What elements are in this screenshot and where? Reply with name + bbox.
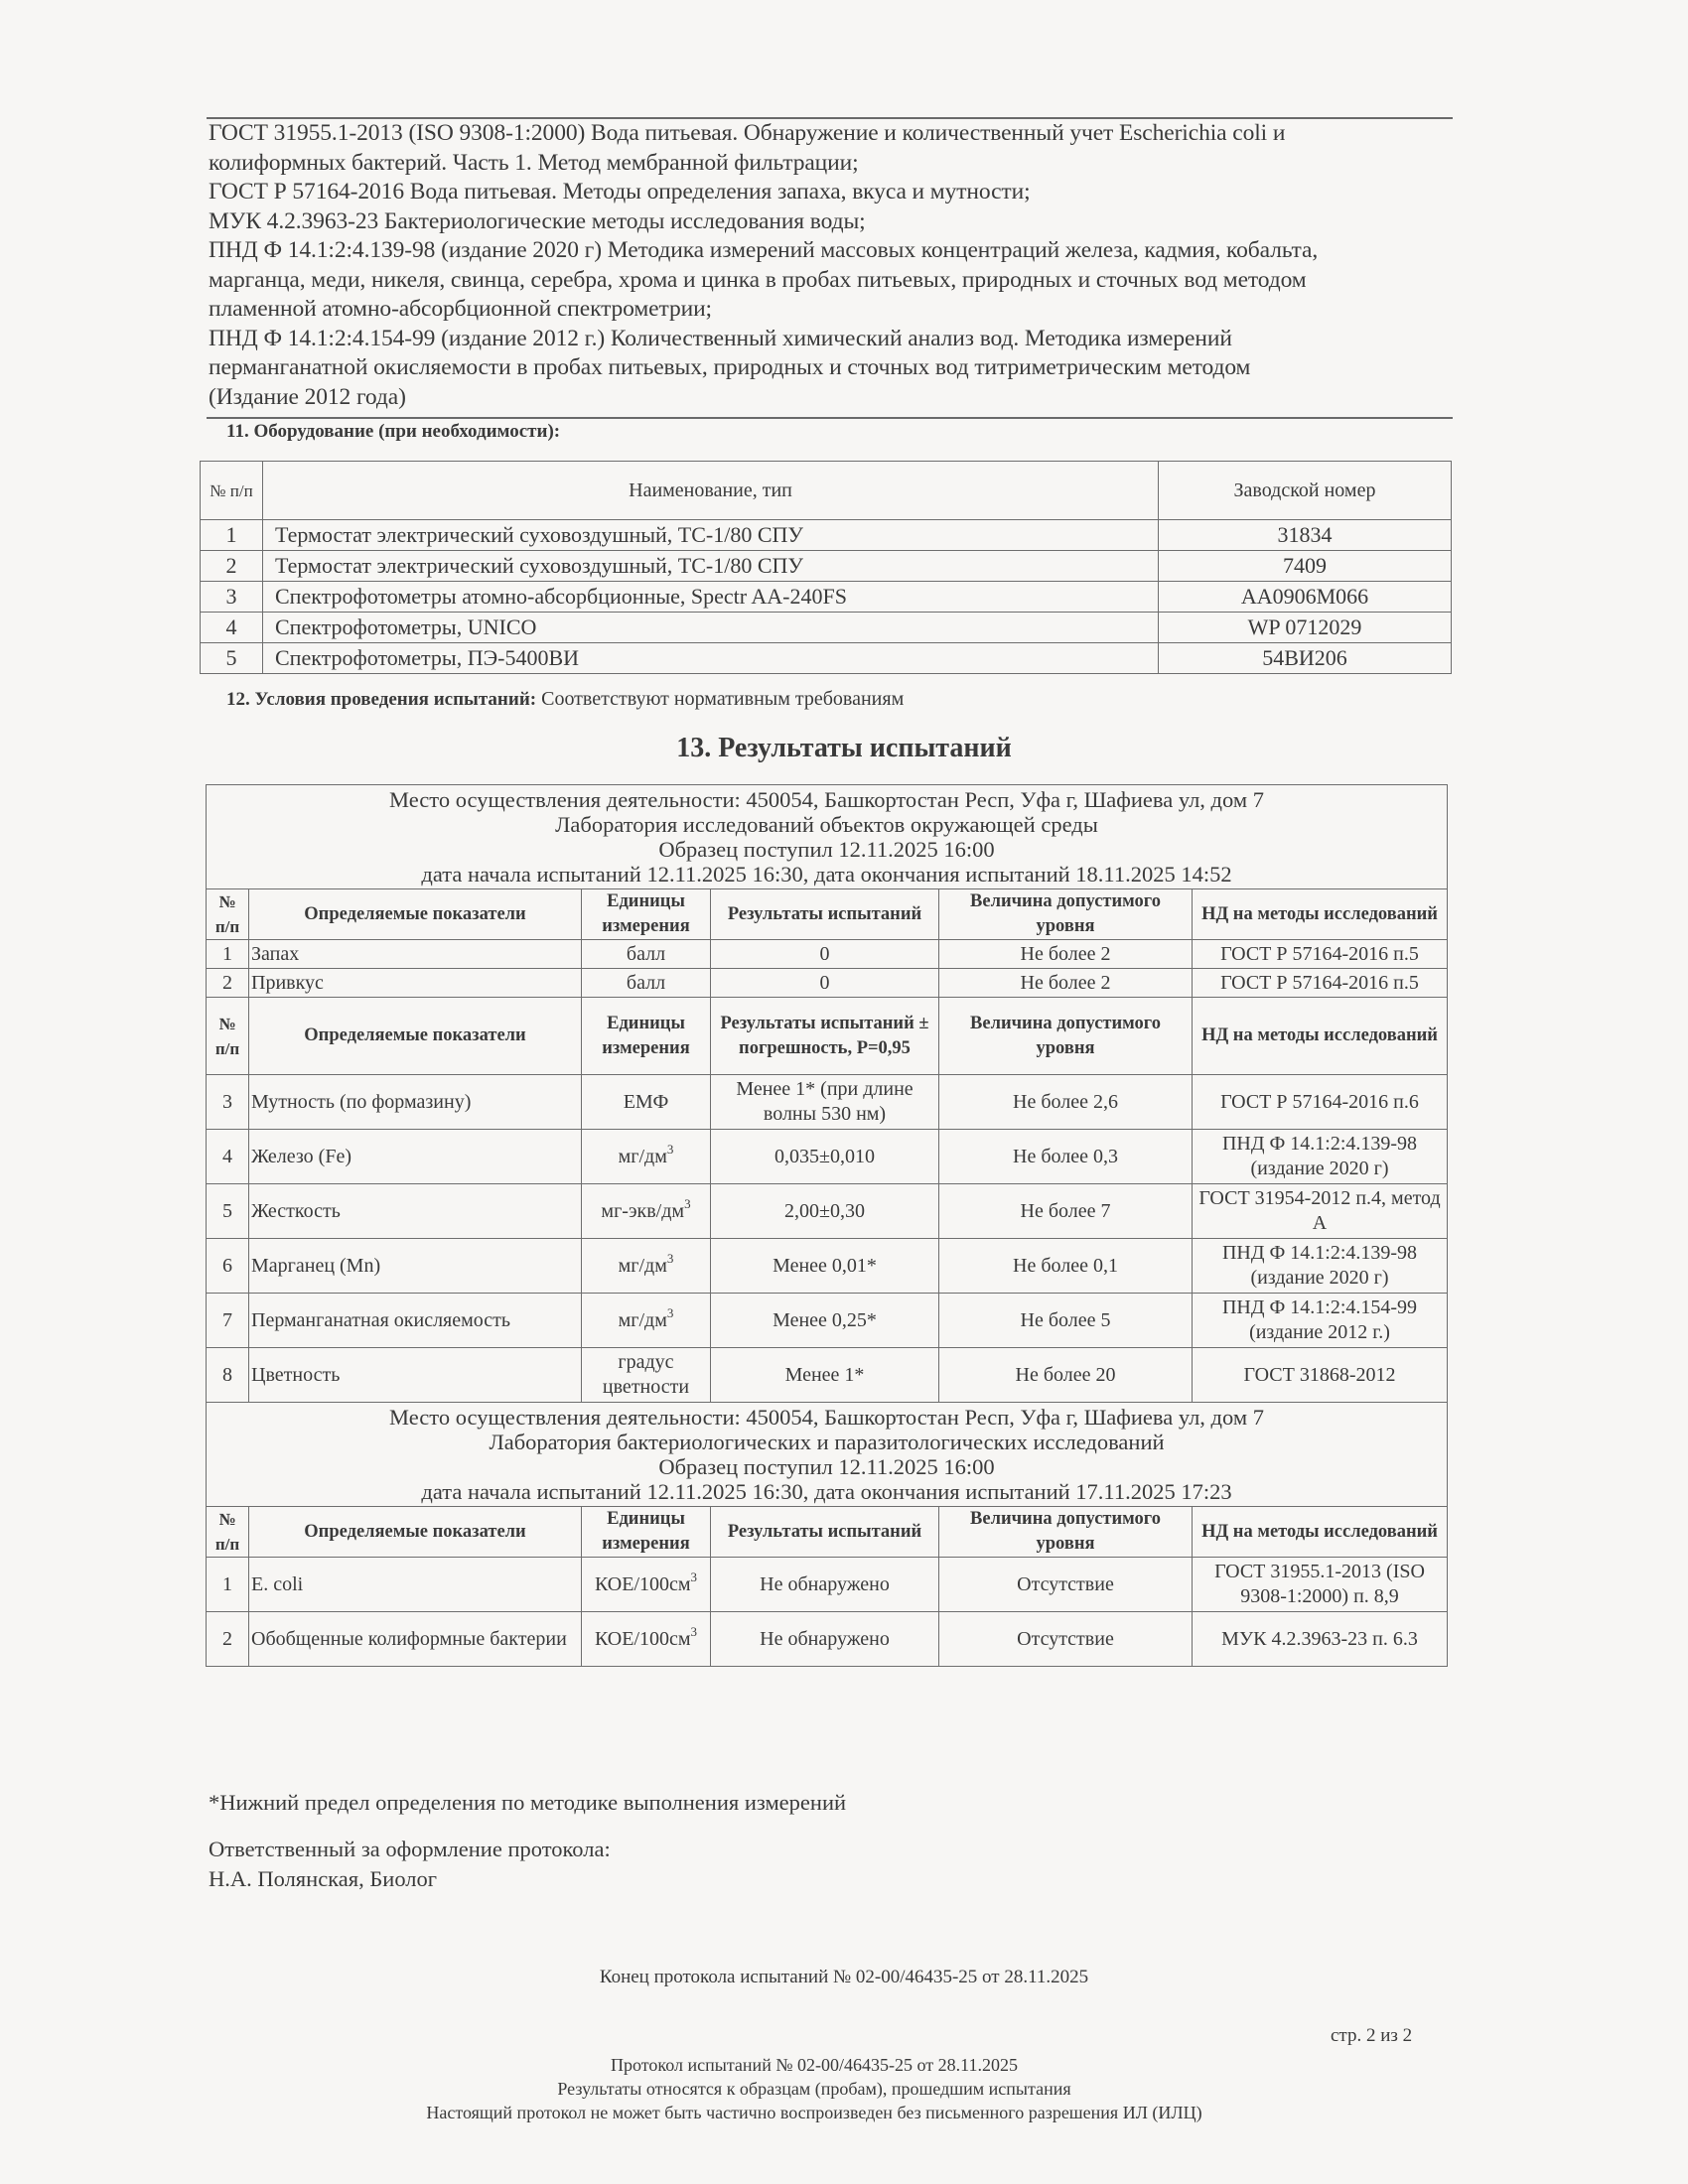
cell-unit: градус цветности — [582, 1348, 711, 1403]
cell-limit: Не более 2 — [939, 940, 1193, 969]
cell-num: 3 — [207, 1075, 249, 1130]
cell-result: 0 — [711, 969, 939, 998]
equip-header-num: № п/п — [201, 462, 263, 520]
equip-name: Спектрофотометры, ПЭ-5400ВИ — [263, 643, 1159, 674]
header-unit: Единицы измерения — [582, 889, 711, 940]
unit-exponent: 3 — [667, 1305, 674, 1320]
footer-copy-note: Настоящий протокол не может быть частичн… — [0, 2103, 1658, 2123]
results-header-c: № п/п Определяемые показатели Единицы из… — [207, 1507, 1448, 1558]
unit-text: мг-экв/дм — [601, 1200, 684, 1222]
cell-result: 0 — [711, 940, 939, 969]
header-limit: Величина допустимого уровня — [939, 889, 1193, 940]
table-row: 8 Цветность градус цветности Менее 1* Не… — [207, 1348, 1448, 1403]
cell-param: Запах — [249, 940, 582, 969]
cell-num: 8 — [207, 1348, 249, 1403]
reference-line: колиформных бактерий. Часть 1. Метод мем… — [209, 149, 1460, 179]
unit-text: балл — [627, 943, 665, 965]
protocol-page: ГОСТ 31955.1-2013 (ISO 9308-1:2000) Вода… — [0, 0, 1688, 2184]
table-row: 1 Запах балл 0 Не более 2 ГОСТ Р 57164-2… — [207, 940, 1448, 969]
unit-text: ЕМФ — [624, 1091, 669, 1113]
cell-method: ГОСТ 31954-2012 п.4, метод А — [1193, 1184, 1448, 1239]
table-row: 4 Железо (Fe) мг/дм3 0,035±0,010 Не боле… — [207, 1130, 1448, 1184]
lab-name: Лаборатория бактериологических и паразит… — [207, 1430, 1447, 1454]
equip-name: Термостат электрический суховоздушный, Т… — [263, 520, 1159, 551]
sample-received: Образец поступил 12.11.2025 16:00 — [207, 837, 1447, 862]
cell-method: ГОСТ Р 57164-2016 п.5 — [1193, 940, 1448, 969]
header-param: Определяемые показатели — [249, 1507, 582, 1558]
table-row: 5 Жесткость мг-экв/дм3 2,00±0,30 Не боле… — [207, 1184, 1448, 1239]
cell-method: ПНД Ф 14.1:2:4.139-98 (издание 2020 г) — [1193, 1239, 1448, 1294]
equip-num: 1 — [201, 520, 263, 551]
equipment-section-title: 11. Оборудование (при необходимости): — [226, 421, 560, 443]
reference-line: пламенной атомно-абсорбционной спектроме… — [209, 295, 1460, 325]
unit-exponent: 3 — [691, 1624, 698, 1639]
header-limit: Величина допустимого уровня — [939, 1507, 1193, 1558]
cell-unit: мг/дм3 — [582, 1130, 711, 1184]
reference-line: МУК 4.2.3963-23 Бактериологические метод… — [209, 207, 1460, 237]
cell-unit: КОЕ/100см3 — [582, 1612, 711, 1667]
unit-text: мг/дм — [619, 1146, 667, 1167]
equip-name: Термостат электрический суховоздушный, Т… — [263, 551, 1159, 582]
table-row: 7 Перманганатная окисляемость мг/дм3 Мен… — [207, 1294, 1448, 1348]
header-num: № п/п — [207, 998, 249, 1075]
unit-exponent: 3 — [684, 1196, 691, 1211]
cell-param: Обобщенные колиформные бактерии — [249, 1612, 582, 1667]
unit-text: КОЕ/100см — [595, 1628, 691, 1650]
equip-name: Спектрофотометры, UNICO — [263, 613, 1159, 643]
section-rule — [207, 417, 1453, 419]
table-row: 3 Спектрофотометры атомно-абсорбционные,… — [201, 582, 1452, 613]
cell-unit: балл — [582, 940, 711, 969]
cell-result: 2,00±0,30 — [711, 1184, 939, 1239]
unit-text: мг/дм — [619, 1309, 667, 1331]
cell-limit: Не более 7 — [939, 1184, 1193, 1239]
cell-limit: Не более 20 — [939, 1348, 1193, 1403]
cell-num: 2 — [207, 1612, 249, 1667]
table-row: 4 Спектрофотометры, UNICO WP 0712029 — [201, 613, 1452, 643]
footer-results-note: Результаты относятся к образцам (пробам)… — [0, 2079, 1658, 2100]
cell-num: 1 — [207, 940, 249, 969]
cell-method: ГОСТ Р 57164-2016 п.6 — [1193, 1075, 1448, 1130]
responsible-label: Ответственный за оформление протокола: — [209, 1837, 611, 1862]
cell-param: Привкус — [249, 969, 582, 998]
conditions-value: Соответствуют нормативным требованиям — [536, 688, 904, 710]
cell-param: Марганец (Mn) — [249, 1239, 582, 1294]
equip-num: 2 — [201, 551, 263, 582]
header-limit: Величина допустимого уровня — [939, 998, 1193, 1075]
unit-exponent: 3 — [667, 1142, 674, 1157]
equip-num: 3 — [201, 582, 263, 613]
cell-limit: Не более 2,6 — [939, 1075, 1193, 1130]
cell-param: E. coli — [249, 1558, 582, 1612]
table-row: 2 Термостат электрический суховоздушный,… — [201, 551, 1452, 582]
equip-name: Спектрофотометры атомно-абсорбционные, S… — [263, 582, 1159, 613]
cell-param: Железо (Fe) — [249, 1130, 582, 1184]
equip-num: 4 — [201, 613, 263, 643]
conditions-label: 12. Условия проведения испытаний: — [226, 689, 536, 710]
header-method: НД на методы исследований — [1193, 998, 1448, 1075]
method-references: ГОСТ 31955.1-2013 (ISO 9308-1:2000) Вода… — [209, 119, 1460, 412]
results-header-a: № п/п Определяемые показатели Единицы из… — [207, 889, 1448, 940]
unit-exponent: 3 — [667, 1251, 674, 1266]
cell-unit: балл — [582, 969, 711, 998]
cell-result: Менее 0,01* — [711, 1239, 939, 1294]
results-table: Место осуществления деятельности: 450054… — [206, 784, 1448, 1667]
unit-exponent: 3 — [691, 1570, 698, 1584]
lab-info-block-1: Место осуществления деятельности: 450054… — [207, 785, 1448, 889]
cell-result: Не обнаружено — [711, 1558, 939, 1612]
reference-line: ПНД Ф 14.1:2:4.139-98 (издание 2020 г) М… — [209, 236, 1460, 266]
cell-param: Жесткость — [249, 1184, 582, 1239]
table-row: 1 E. coli КОЕ/100см3 Не обнаружено Отсут… — [207, 1558, 1448, 1612]
equip-header-serial: Заводской номер — [1159, 462, 1452, 520]
lab-name: Лаборатория исследований объектов окружа… — [207, 812, 1447, 837]
conditions-line: 12. Условия проведения испытаний: Соотве… — [226, 688, 904, 711]
page-number: стр. 2 из 2 — [1331, 2025, 1412, 2047]
reference-line: перманганатной окисляемости в пробах пит… — [209, 353, 1460, 383]
header-unit: Единицы измерения — [582, 1507, 711, 1558]
lab-info-block-2: Место осуществления деятельности: 450054… — [207, 1403, 1448, 1507]
cell-unit: мг/дм3 — [582, 1294, 711, 1348]
table-row: 5 Спектрофотометры, ПЭ-5400ВИ 54ВИ206 — [201, 643, 1452, 674]
cell-limit: Не более 5 — [939, 1294, 1193, 1348]
cell-param: Цветность — [249, 1348, 582, 1403]
cell-num: 7 — [207, 1294, 249, 1348]
equip-serial: 54ВИ206 — [1159, 643, 1452, 674]
unit-text: КОЕ/100см — [595, 1573, 691, 1595]
table-row: 2 Обобщенные колиформные бактерии КОЕ/10… — [207, 1612, 1448, 1667]
cell-num: 5 — [207, 1184, 249, 1239]
test-dates: дата начала испытаний 12.11.2025 16:30, … — [207, 1479, 1447, 1504]
unit-text: балл — [627, 972, 665, 994]
footer-protocol: Протокол испытаний № 02-00/46435-25 от 2… — [0, 2055, 1658, 2076]
equip-serial: WP 0712029 — [1159, 613, 1452, 643]
table-row: 6 Марганец (Mn) мг/дм3 Менее 0,01* Не бо… — [207, 1239, 1448, 1294]
cell-method: ПНД Ф 14.1:2:4.139-98 (издание 2020 г) — [1193, 1130, 1448, 1184]
cell-result: 0,035±0,010 — [711, 1130, 939, 1184]
header-result: Результаты испытаний — [711, 889, 939, 940]
reference-line: ГОСТ 31955.1-2013 (ISO 9308-1:2000) Вода… — [209, 119, 1460, 149]
equip-num: 5 — [201, 643, 263, 674]
cell-num: 4 — [207, 1130, 249, 1184]
unit-text: мг/дм — [619, 1255, 667, 1277]
reference-line: марганца, меди, никеля, свинца, серебра,… — [209, 266, 1460, 296]
lab-address: Место осуществления деятельности: 450054… — [207, 1405, 1447, 1430]
header-result: Результаты испытаний — [711, 1507, 939, 1558]
equip-serial: 7409 — [1159, 551, 1452, 582]
cell-method: МУК 4.2.3963-23 п. 6.3 — [1193, 1612, 1448, 1667]
cell-method: ГОСТ 31868-2012 — [1193, 1348, 1448, 1403]
header-num: № п/п — [207, 889, 249, 940]
cell-result: Менее 1* — [711, 1348, 939, 1403]
cell-method: ГОСТ Р 57164-2016 п.5 — [1193, 969, 1448, 998]
reference-line: ПНД Ф 14.1:2:4.154-99 (издание 2012 г.) … — [209, 325, 1460, 354]
cell-unit: мг/дм3 — [582, 1239, 711, 1294]
header-unit: Единицы измерения — [582, 998, 711, 1075]
unit-text: градус цветности — [603, 1351, 689, 1398]
cell-result: Не обнаружено — [711, 1612, 939, 1667]
equip-serial: AA0906M066 — [1159, 582, 1452, 613]
equip-header-name: Наименование, тип — [263, 462, 1159, 520]
table-row: 3 Мутность (по формазину) ЕМФ Менее 1* (… — [207, 1075, 1448, 1130]
cell-unit: КОЕ/100см3 — [582, 1558, 711, 1612]
results-title: 13. Результаты испытаний — [0, 733, 1688, 764]
table-row: 2 Привкус балл 0 Не более 2 ГОСТ Р 57164… — [207, 969, 1448, 998]
cell-method: ПНД Ф 14.1:2:4.154-99 (издание 2012 г.) — [1193, 1294, 1448, 1348]
cell-method: ГОСТ 31955.1-2013 (ISO 9308-1:2000) п. 8… — [1193, 1558, 1448, 1612]
table-row: 1 Термостат электрический суховоздушный,… — [201, 520, 1452, 551]
cell-unit: мг-экв/дм3 — [582, 1184, 711, 1239]
cell-num: 6 — [207, 1239, 249, 1294]
header-method: НД на методы исследований — [1193, 889, 1448, 940]
cell-limit: Не более 2 — [939, 969, 1193, 998]
reference-line: ГОСТ Р 57164-2016 Вода питьевая. Методы … — [209, 178, 1460, 207]
cell-result: Менее 1* (при длине волны 530 нм) — [711, 1075, 939, 1130]
footnote: *Нижний предел определения по методике в… — [209, 1790, 846, 1816]
results-header-b: № п/п Определяемые показатели Единицы из… — [207, 998, 1448, 1075]
cell-limit: Отсутствие — [939, 1612, 1193, 1667]
reference-line: (Издание 2012 года) — [209, 383, 1460, 413]
cell-limit: Не более 0,1 — [939, 1239, 1193, 1294]
cell-param: Перманганатная окисляемость — [249, 1294, 582, 1348]
cell-limit: Не более 0,3 — [939, 1130, 1193, 1184]
test-dates: дата начала испытаний 12.11.2025 16:30, … — [207, 862, 1447, 887]
cell-result: Менее 0,25* — [711, 1294, 939, 1348]
cell-limit: Отсутствие — [939, 1558, 1193, 1612]
end-of-protocol: Конец протокола испытаний № 02-00/46435-… — [0, 1967, 1688, 1988]
header-method: НД на методы исследований — [1193, 1507, 1448, 1558]
lab-address: Место осуществления деятельности: 450054… — [207, 787, 1447, 812]
cell-num: 1 — [207, 1558, 249, 1612]
header-result: Результаты испытаний ± погрешность, P=0,… — [711, 998, 939, 1075]
sample-received: Образец поступил 12.11.2025 16:00 — [207, 1454, 1447, 1479]
cell-param: Мутность (по формазину) — [249, 1075, 582, 1130]
header-param: Определяемые показатели — [249, 889, 582, 940]
responsible-name: Н.А. Полянская, Биолог — [209, 1866, 437, 1892]
cell-unit: ЕМФ — [582, 1075, 711, 1130]
cell-num: 2 — [207, 969, 249, 998]
equipment-table: № п/п Наименование, тип Заводской номер … — [200, 461, 1452, 674]
equip-serial: 31834 — [1159, 520, 1452, 551]
header-num: № п/п — [207, 1507, 249, 1558]
header-param: Определяемые показатели — [249, 998, 582, 1075]
